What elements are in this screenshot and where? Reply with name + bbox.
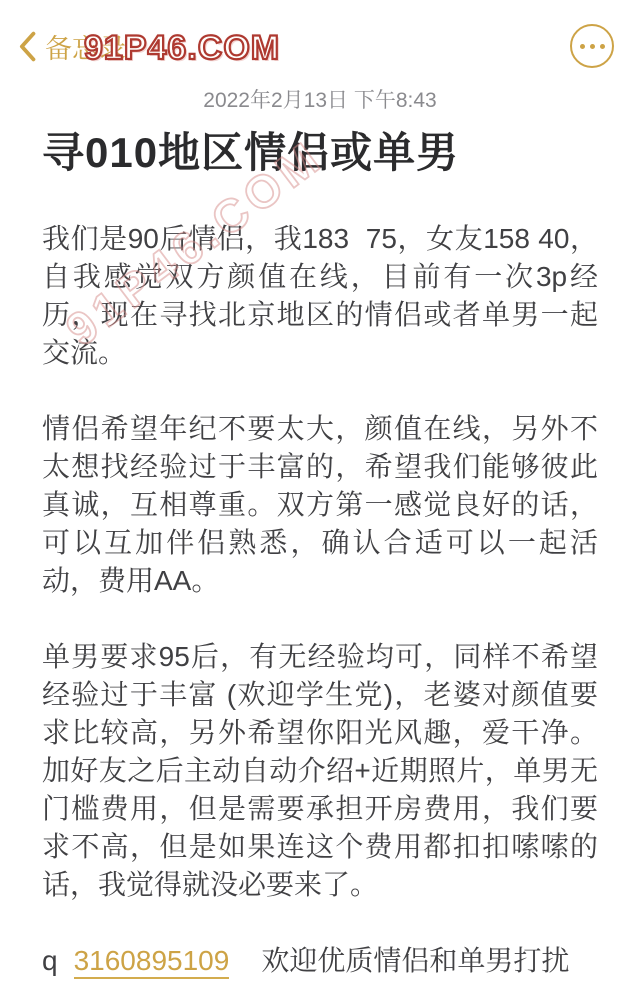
contact-suffix: 欢迎优质情侣和单男打扰 <box>261 945 569 976</box>
qq-prefix: q <box>42 945 58 976</box>
more-options-button[interactable] <box>570 24 614 68</box>
back-button[interactable]: 备忘录 <box>18 27 126 66</box>
note-body: 我们是90后情侣，我183 75，女友158 40，自我感觉双方颜值在线，目前有… <box>42 176 598 980</box>
back-button-label: 备忘录 <box>45 27 126 66</box>
note-paragraph: 我们是90后情侣，我183 75，女友158 40，自我感觉双方颜值在线，目前有… <box>42 220 598 372</box>
note-paragraph: 单男要求95后，有无经验均可，同样不希望经验过于丰富 (欢迎学生党)，老婆对颜值… <box>42 638 598 904</box>
note-date: 2022年2月13日 下午8:43 <box>0 84 640 114</box>
note-paragraph: 情侣希望年纪不要太大，颜值在线，另外不太想找经验过于丰富的，希望我们能够彼此真诚… <box>42 410 598 600</box>
chevron-left-icon <box>18 31 36 62</box>
nav-bar: 备忘录 <box>0 20 640 72</box>
note-title: 寻010地区情侣或单男 <box>42 130 598 176</box>
contact-line: q3160895109欢迎优质情侣和单男打扰 <box>42 942 598 980</box>
qq-number-link[interactable]: 3160895109 <box>74 945 230 979</box>
ellipsis-icon <box>580 44 585 49</box>
